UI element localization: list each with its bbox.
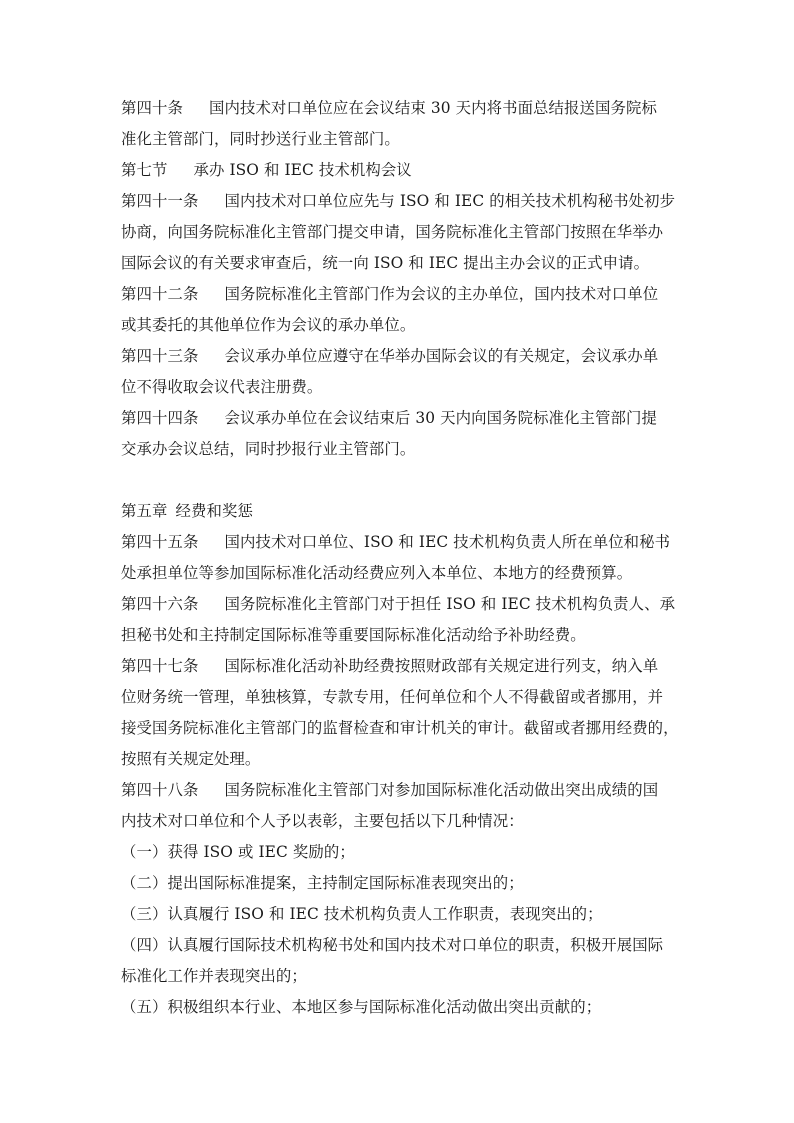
chapter-heading-5: 第五章经费和奖惩 bbox=[121, 496, 681, 527]
list-item-text: （一）获得 ISO 或 IEC 奖励的； bbox=[121, 843, 355, 861]
article-text: 会议承办单位应遵守在华举办国际会议的有关规定，会议承办单 bbox=[224, 347, 658, 365]
article-41: 第四十一条国内技术对口单位应先与 ISO 和 IEC 的相关技术机构秘书处初步 … bbox=[121, 186, 681, 279]
article-text: 国务院标准化主管部门对于担任 ISO 和 IEC 技术机构负责人、承 bbox=[224, 595, 675, 613]
article-45: 第四十五条国内技术对口单位、ISO 和 IEC 技术机构负责人所在单位和秘书 处… bbox=[121, 527, 681, 589]
chapter-title: 经费和奖惩 bbox=[175, 502, 252, 520]
list-item-3: （三）认真履行 ISO 和 IEC 技术机构负责人工作职责，表现突出的； bbox=[121, 899, 681, 930]
article-label: 第四十三条 bbox=[121, 341, 198, 372]
chapter-label: 第五章 bbox=[121, 496, 167, 527]
article-46: 第四十六条国务院标准化主管部门对于担任 ISO 和 IEC 技术机构负责人、承 … bbox=[121, 589, 681, 651]
article-label: 第四十一条 bbox=[121, 186, 198, 217]
list-item-5: （五）积极组织本行业、本地区参与国际标准化活动做出突出贡献的； bbox=[121, 992, 681, 1023]
article-label: 第四十四条 bbox=[121, 403, 198, 434]
article-text: 准化主管部门，同时抄送行业主管部门。 bbox=[121, 130, 400, 148]
article-label: 第四十条 bbox=[121, 93, 183, 124]
article-text: 国际标准化活动补助经费按照财政部有关规定进行列支，纳入单 bbox=[224, 657, 658, 675]
article-text: 国务院标准化主管部门对参加国际标准化活动做出突出成绩的国 bbox=[224, 781, 658, 799]
article-40: 第四十条国内技术对口单位应在会议结束 30 天内将书面总结报送国务院标 准化主管… bbox=[121, 93, 681, 155]
article-text: 国内技术对口单位应先与 ISO 和 IEC 的相关技术机构秘书处初步 bbox=[224, 192, 675, 210]
article-text: 国内技术对口单位、ISO 和 IEC 技术机构负责人所在单位和秘书 bbox=[224, 533, 670, 551]
article-label: 第四十五条 bbox=[121, 527, 198, 558]
list-item-1: （一）获得 ISO 或 IEC 奖励的； bbox=[121, 837, 681, 868]
list-item-text: （二）提出国际标准提案，主持制定国际标准表现突出的； bbox=[121, 874, 524, 892]
article-text: 协商，向国务院标准化主管部门提交申请，国务院标准化主管部门按照在华举办 bbox=[121, 223, 663, 241]
article-42: 第四十二条国务院标准化主管部门作为会议的主办单位，国内技术对口单位 或其委托的其… bbox=[121, 279, 681, 341]
article-label: 第四十六条 bbox=[121, 589, 198, 620]
document-page: 第四十条国内技术对口单位应在会议结束 30 天内将书面总结报送国务院标 准化主管… bbox=[121, 93, 681, 1023]
list-item-4: （四）认真履行国际技术机构秘书处和国内技术对口单位的职责，积极开展国际 标准化工… bbox=[121, 930, 681, 992]
article-text: 位不得收取会议代表注册费。 bbox=[121, 378, 322, 396]
article-text: 接受国务院标准化主管部门的监督检查和审计机关的审计。截留或者挪用经费的， bbox=[121, 719, 679, 737]
section-heading-7: 第七节承办 ISO 和 IEC 技术机构会议 bbox=[121, 155, 681, 186]
article-text: 国务院标准化主管部门作为会议的主办单位，国内技术对口单位 bbox=[224, 285, 658, 303]
section-title: 承办 ISO 和 IEC 技术机构会议 bbox=[193, 161, 411, 179]
article-text: 交承办会议总结，同时抄报行业主管部门。 bbox=[121, 440, 415, 458]
article-47: 第四十七条国际标准化活动补助经费按照财政部有关规定进行列支，纳入单 位财务统一管… bbox=[121, 651, 681, 775]
article-text: 处承担单位等参加国际标准化活动经费应列入本单位、本地方的经费预算。 bbox=[121, 564, 632, 582]
article-text: 内技术对口单位和个人予以表彰，主要包括以下几种情况： bbox=[121, 812, 524, 830]
article-text: 或其委托的其他单位作为会议的承办单位。 bbox=[121, 316, 415, 334]
article-43: 第四十三条会议承办单位应遵守在华举办国际会议的有关规定，会议承办单 位不得收取会… bbox=[121, 341, 681, 403]
article-44: 第四十四条会议承办单位在会议结束后 30 天内向国务院标准化主管部门提 交承办会… bbox=[121, 403, 681, 465]
section-label: 第七节 bbox=[121, 155, 167, 186]
list-item-text: 标准化工作并表现突出的； bbox=[121, 967, 307, 985]
blank-line bbox=[121, 465, 681, 496]
article-label: 第四十二条 bbox=[121, 279, 198, 310]
list-item-text: （四）认真履行国际技术机构秘书处和国内技术对口单位的职责，积极开展国际 bbox=[121, 936, 663, 954]
article-text: 担秘书处和主持制定国际标准等重要国际标准化活动给予补助经费。 bbox=[121, 626, 586, 644]
article-text: 会议承办单位在会议结束后 30 天内向国务院标准化主管部门提 bbox=[224, 409, 657, 427]
list-item-text: （五）积极组织本行业、本地区参与国际标准化活动做出突出贡献的； bbox=[121, 998, 601, 1016]
article-label: 第四十八条 bbox=[121, 775, 198, 806]
article-48: 第四十八条国务院标准化主管部门对参加国际标准化活动做出突出成绩的国 内技术对口单… bbox=[121, 775, 681, 837]
list-item-text: （三）认真履行 ISO 和 IEC 技术机构负责人工作职责，表现突出的； bbox=[121, 905, 603, 923]
article-text: 国际会议的有关要求审查后，统一向 ISO 和 IEC 提出主办会议的正式申请。 bbox=[121, 254, 649, 272]
article-text: 国内技术对口单位应在会议结束 30 天内将书面总结报送国务院标 bbox=[209, 99, 657, 117]
article-text: 位财务统一管理，单独核算，专款专用，任何单位和个人不得截留或者挪用，并 bbox=[121, 688, 663, 706]
article-label: 第四十七条 bbox=[121, 651, 198, 682]
list-item-2: （二）提出国际标准提案，主持制定国际标准表现突出的； bbox=[121, 868, 681, 899]
article-text: 按照有关规定处理。 bbox=[121, 750, 260, 768]
